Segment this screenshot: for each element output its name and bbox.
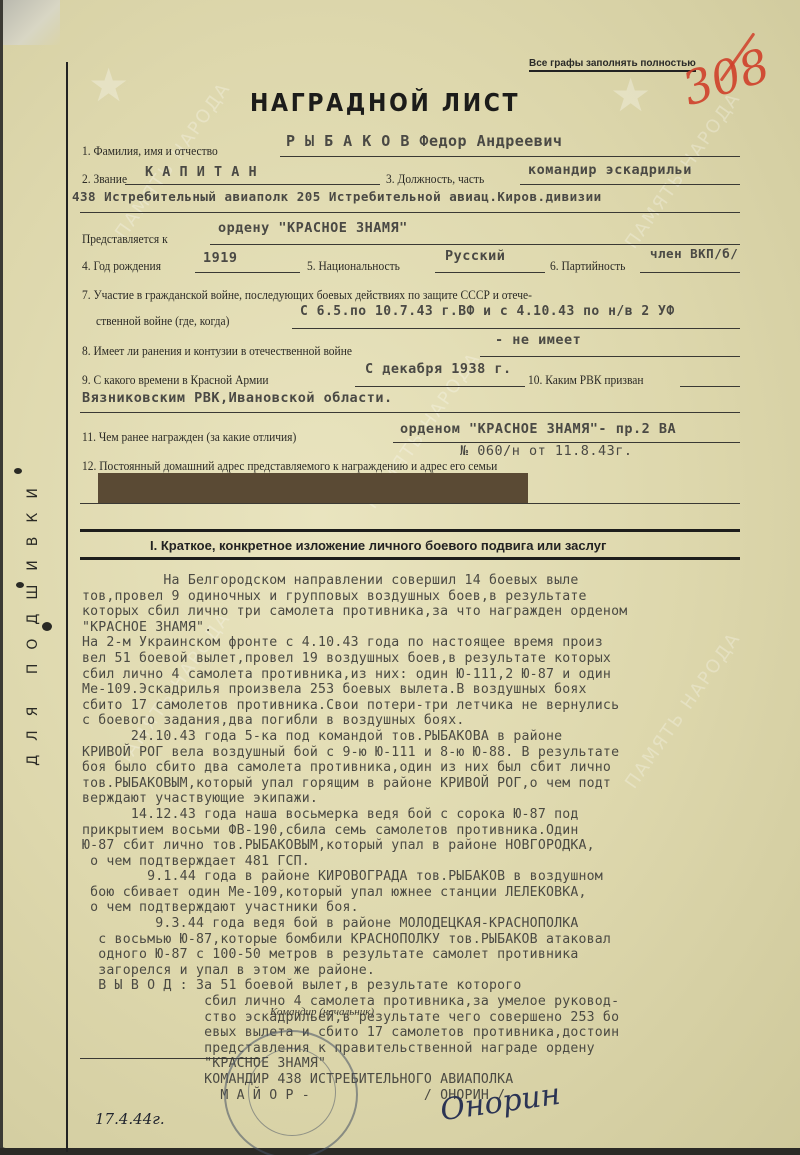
narrative-line: тов.РЫБАКОВЫМ,который упал горящим в рай… [82, 776, 627, 792]
narrative-line: 24.10.43 года 5-ка под командой тов.РЫБА… [82, 729, 627, 745]
punch-hole [14, 468, 22, 474]
narrative-line: сбил лично 4 самолета противника,из них:… [82, 667, 627, 683]
redaction-block [98, 473, 528, 503]
narrative-line: 14.12.43 года наша восьмерка ведя бой с … [82, 807, 627, 823]
field-7-underline [292, 328, 740, 329]
narrative-line: загорелся и упал в этом же районе. [82, 963, 627, 979]
field-3-underline-2 [80, 212, 740, 213]
binding-margin-line [66, 62, 68, 1152]
narrative-line: В Ы В О Д : За 51 боевой вылет,в результ… [82, 978, 627, 994]
field-2-underline [125, 184, 380, 185]
narrative-line: вел 51 боевой вылет,провел 19 воздушных … [82, 651, 627, 667]
paper-edge [0, 0, 3, 1148]
field-12-underline [80, 503, 740, 504]
narrative-line: прикрытием восьми ФВ-190,сбила семь само… [82, 823, 627, 839]
field-10-underline [680, 386, 740, 387]
field-5-label: 5. Национальность [307, 259, 400, 274]
field-7-label: 7. Участие в гражданской войне, последую… [82, 288, 532, 303]
field-9-value: С декабря 1938 г. [365, 361, 512, 377]
section-rule-bottom [80, 557, 740, 560]
narrative-line: "КРАСНОЕ ЗНАМЯ". [82, 620, 627, 636]
signature-dash-line [80, 1058, 260, 1059]
field-7-value: С 6.5.по 10.7.43 г.ВФ и с 4.10.43 по н/в… [300, 304, 675, 319]
narrative-line: с восьмью Ю-87,которые бомбили КРАСНОПОЛ… [82, 932, 627, 948]
field-3-label: 3. Должность, часть [386, 172, 484, 187]
narrative-line: о чем подтверждает 481 ГСП. [82, 854, 627, 870]
narrative-text: На Белгородском направлении совершил 14 … [82, 573, 627, 1103]
field-5-underline [435, 272, 545, 273]
narrative-line: На Белгородском направлении совершил 14 … [82, 573, 627, 589]
field-9-underline [355, 386, 525, 387]
field-4-underline [195, 272, 300, 273]
narrative-line: На 2-м Украинском фронте с 4.10.43 года … [82, 635, 627, 651]
narrative-line: Ю-87 сбит лично тов.РЫБАКОВЫМ,который уп… [82, 838, 627, 854]
narrative-line: с боевого задания,два погибли в воздушны… [82, 713, 627, 729]
field-8-value: - не имеет [495, 332, 581, 348]
section-heading: I. Краткое, конкретное изложение личного… [150, 538, 606, 553]
nominated-value: ордену "КРАСНОЕ ЗНАМЯ" [218, 220, 408, 236]
field-11-value-cont: № 060/н от 11.8.43г. [460, 443, 633, 459]
torn-corner [0, 0, 60, 45]
field-9-label: 9. С какого времени в Красной Армии [82, 373, 269, 388]
narrative-line: Ме-109.Эскадрилья произвела 253 боевых в… [82, 682, 627, 698]
field-2-label: 2. Звание [82, 172, 127, 187]
unit-stamp-inner [248, 1048, 336, 1136]
document-title: НАГРАДНОЙ ЛИСТ [250, 88, 520, 117]
field-11-label: 11. Чем ранее награжден (за какие отличи… [82, 430, 296, 445]
field-6-underline [640, 272, 740, 273]
field-8-label: 8. Имеет ли ранения и контузии в отечест… [82, 344, 352, 359]
margin-label: ДЛЯ ПОДШИВКИ [25, 474, 41, 766]
field-10-value: Вязниковским РВК,Ивановской области. [82, 390, 393, 406]
field-10-underline-2 [80, 412, 740, 413]
narrative-line: одного Ю-87 с 100-50 метров в результате… [82, 947, 627, 963]
signature-role-label: Командир (начальник) [270, 1006, 374, 1018]
narrative-line: боя было сбито два самолета противника,о… [82, 760, 627, 776]
punch-hole [42, 622, 52, 631]
watermark-star-icon: ★ [88, 58, 129, 112]
field-4-value: 1919 [203, 250, 238, 266]
field-2-value: К А П И Т А Н [145, 164, 257, 180]
field-6-label: 6. Партийность [550, 259, 625, 274]
nominated-label: Представляется к [82, 232, 168, 247]
field-1-underline [280, 156, 740, 157]
field-3-value-cont: 438 Истребительный авиаполк 205 Истребит… [72, 189, 602, 204]
narrative-line: о чем подтверждают участники боя. [82, 900, 627, 916]
field-1-label: 1. Фамилия, имя и отчество [82, 144, 218, 159]
field-5-value: Русский [445, 248, 505, 264]
narrative-line: тов,провел 9 одиночных и групповых возду… [82, 589, 627, 605]
narrative-line: бою сбивает один Ме-109,который упал южн… [82, 885, 627, 901]
field-11-value: орденом "КРАСНОЕ ЗНАМЯ"- пр.2 ВА [400, 421, 676, 437]
narrative-line: евых вылета и сбито 17 самолетов противн… [82, 1025, 627, 1041]
field-1-value: Р Ы Б А К О В Федор Андреевич [286, 132, 562, 150]
watermark-star-icon: ★ [610, 68, 651, 122]
field-7-label-2: ственной войне (где, когда) [96, 314, 229, 329]
narrative-line: 9.3.44 года ведя бой в районе МОЛОДЕЦКАЯ… [82, 916, 627, 932]
narrative-line: 9.1.44 года в районе КИРОВОГРАДА тов.РЫБ… [82, 869, 627, 885]
nominated-underline [210, 244, 740, 245]
narrative-line: представления к правительственной наград… [82, 1041, 627, 1057]
narrative-line: сбито 17 самолетов противника.Свои потер… [82, 698, 627, 714]
field-10-label: 10. Каким РВК призван [528, 373, 644, 388]
section-rule-top [80, 529, 740, 532]
field-12-label: 12. Постоянный домашний адрес представля… [82, 459, 497, 474]
field-8-underline [480, 356, 740, 357]
fill-instruction: Все графы заполнять полностью [529, 58, 696, 72]
handwritten-date: 17.4.44г. [95, 1110, 165, 1128]
field-4-label: 4. Год рождения [82, 259, 161, 274]
field-3-value: командир эскадрильи [528, 162, 692, 178]
narrative-line: верждают участвующие экипажи. [82, 791, 627, 807]
narrative-line: КРИВОЙ РОГ вела воздушный бой с 9-ю Ю-11… [82, 745, 627, 761]
field-6-value: член ВКП/б/ [650, 246, 738, 261]
narrative-line: которых сбил лично три самолета противни… [82, 604, 627, 620]
field-3-underline [520, 184, 740, 185]
punch-hole [16, 582, 24, 588]
